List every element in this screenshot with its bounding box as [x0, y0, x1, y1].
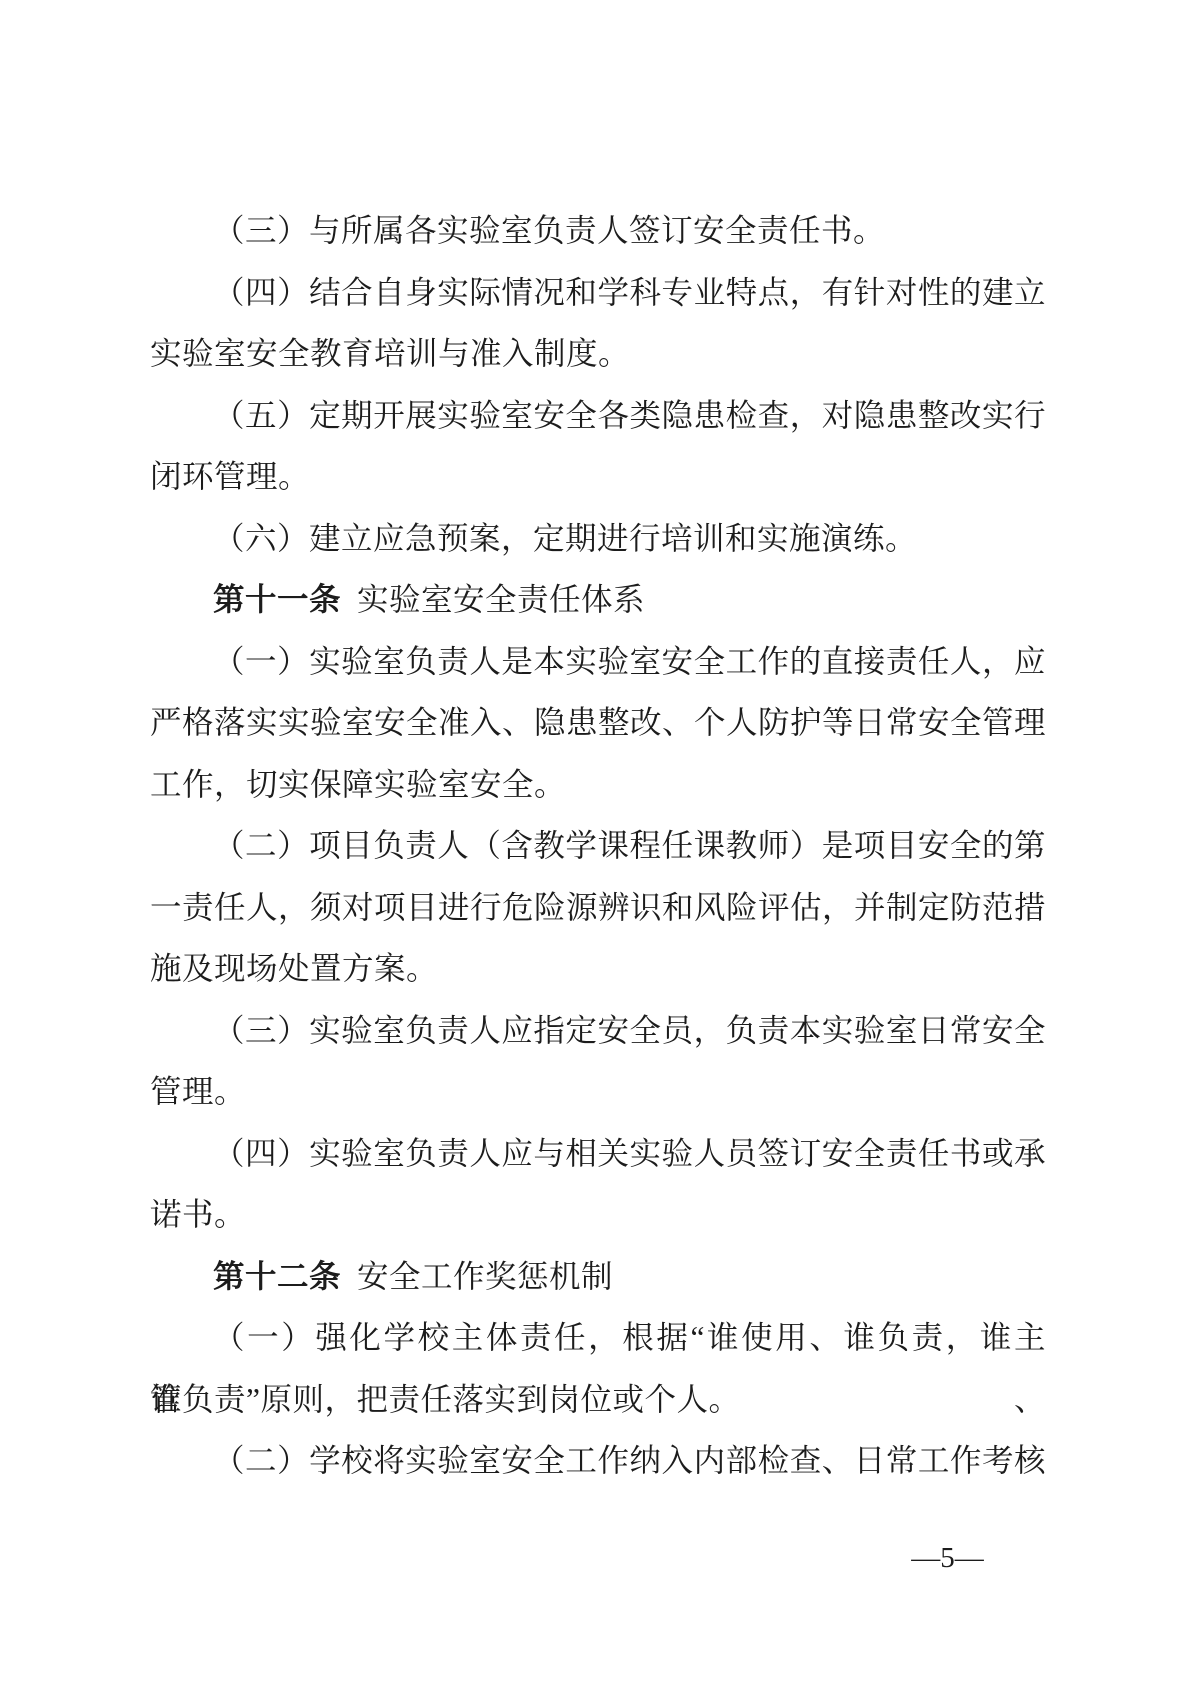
- line-text: （二）学校将实验室安全工作纳入内部检查、日常工作考核: [213, 1443, 1046, 1478]
- text-line: 一责任人，须对项目进行危险源辨识和风险评估，并制定防范措: [150, 877, 1046, 939]
- line-text: （三）与所属各实验室负责人签订安全责任书。: [213, 213, 885, 248]
- text-line: （四）结合自身实际情况和学科专业特点，有针对性的建立: [150, 262, 1046, 324]
- text-line: 诺书。: [150, 1184, 1046, 1246]
- text-line: （五）定期开展实验室安全各类隐患检查，对隐患整改实行: [150, 385, 1046, 447]
- text-line: 施及现场处置方案。: [150, 938, 1046, 1000]
- line-text: （五）定期开展实验室安全各类隐患检查，对隐患整改实行: [213, 398, 1046, 433]
- page-number: —5—: [895, 1538, 1000, 1578]
- line-text: 闭环管理。: [150, 459, 310, 494]
- document-body: （三）与所属各实验室负责人签订安全责任书。（四）结合自身实际情况和学科专业特点，…: [150, 200, 1046, 1492]
- document-page: （三）与所属各实验室负责人签订安全责任书。（四）结合自身实际情况和学科专业特点，…: [0, 0, 1191, 1684]
- article-number-label: 第十一条: [213, 582, 341, 617]
- line-text: （一）实验室负责人是本实验室安全工作的直接责任人，应: [213, 644, 1046, 679]
- article-heading-line: 第十一条实验室安全责任体系: [150, 569, 1046, 631]
- line-text: （四）结合自身实际情况和学科专业特点，有针对性的建立: [213, 275, 1046, 310]
- line-text: 诺书。: [150, 1197, 246, 1232]
- line-text: （二）项目负责人（含教学课程任课教师）是项目安全的第: [213, 828, 1046, 863]
- text-line: 实验室安全教育培训与准入制度。: [150, 323, 1046, 385]
- text-line: （六）建立应急预案，定期进行培训和实施演练。: [150, 508, 1046, 570]
- line-text: 施及现场处置方案。: [150, 951, 438, 986]
- line-text: 管理。: [150, 1074, 246, 1109]
- line-text: 安全工作奖惩机制: [357, 1259, 613, 1294]
- text-line: （四）实验室负责人应与相关实验人员签订安全责任书或承: [150, 1123, 1046, 1185]
- text-line: （一）实验室负责人是本实验室安全工作的直接责任人，应: [150, 631, 1046, 693]
- line-text: 一责任人，须对项目进行危险源辨识和风险评估，并制定防范措: [150, 890, 1046, 925]
- line-text: 工作，切实保障实验室安全。: [150, 767, 566, 802]
- text-line: 工作，切实保障实验室安全。: [150, 754, 1046, 816]
- text-line: （二）项目负责人（含教学课程任课教师）是项目安全的第: [150, 815, 1046, 877]
- article-number-label: 第十二条: [213, 1259, 341, 1294]
- article-heading-line: 第十二条安全工作奖惩机制: [150, 1246, 1046, 1308]
- text-line: （三）实验室负责人应指定安全员，负责本实验室日常安全: [150, 1000, 1046, 1062]
- line-text: 实验室安全教育培训与准入制度。: [150, 336, 630, 371]
- line-text: （六）建立应急预案，定期进行培训和实施演练。: [213, 521, 917, 556]
- text-line: （二）学校将实验室安全工作纳入内部检查、日常工作考核: [150, 1430, 1046, 1492]
- line-text: （三）实验室负责人应指定安全员，负责本实验室日常安全: [213, 1013, 1046, 1048]
- text-line: （一）强化学校主体责任，根据“谁使用、谁负责，谁主管、: [150, 1307, 1046, 1369]
- text-line: 管理。: [150, 1061, 1046, 1123]
- line-text: 谁负责”原则，把责任落实到岗位或个人。: [150, 1382, 740, 1417]
- text-line: 闭环管理。: [150, 446, 1046, 508]
- line-text: 实验室安全责任体系: [357, 582, 645, 617]
- text-line: （三）与所属各实验室负责人签订安全责任书。: [150, 200, 1046, 262]
- line-text: （四）实验室负责人应与相关实验人员签订安全责任书或承: [213, 1136, 1046, 1171]
- line-text: 严格落实实验室安全准入、隐患整改、个人防护等日常安全管理: [150, 705, 1046, 740]
- text-line: 严格落实实验室安全准入、隐患整改、个人防护等日常安全管理: [150, 692, 1046, 754]
